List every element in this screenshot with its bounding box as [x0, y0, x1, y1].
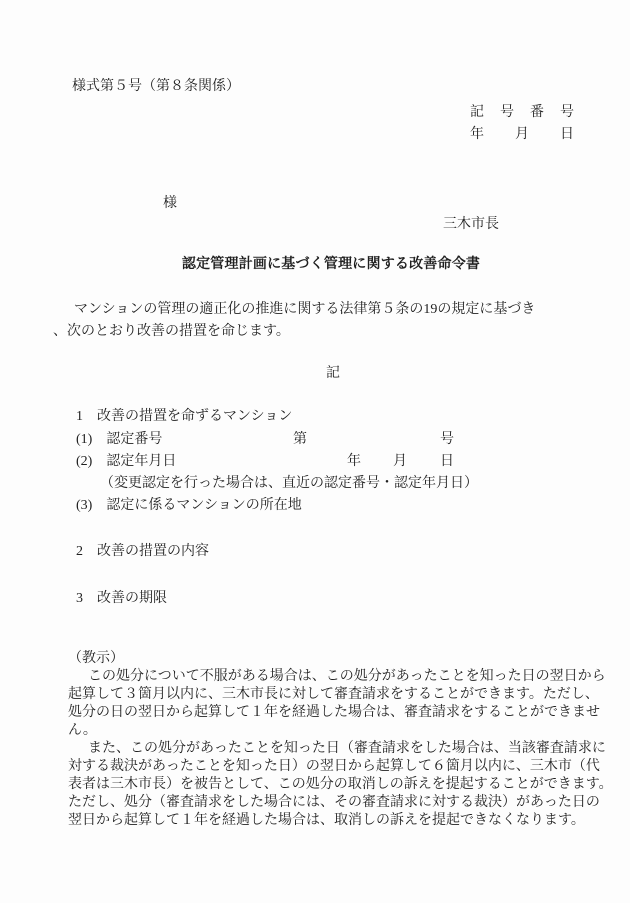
month-field-label: 月: [393, 451, 407, 473]
teaching-label: （教示）: [68, 650, 628, 668]
subsection-1-note: （変更認定を行った場合は、直近の認定番号・認定年月日）: [76, 473, 630, 495]
subsection-1-2-label: 認定年月日: [106, 454, 176, 469]
section-1-heading: 1改善の措置を命ずるマンション: [76, 406, 606, 428]
teaching-paragraph-2: また、この処分があったことを知った日（審査請求をした場合は、当該審査請求に 対す…: [68, 740, 628, 830]
date-line: 年 月 日: [470, 124, 575, 146]
section-2-label: 改善の措置の内容: [97, 544, 209, 559]
teaching-block: （教示） この処分について不服がある場合は、この処分があったことを知った日の翌日…: [68, 650, 628, 830]
document-page: 様式第５号（第８条関係） 記 号 番 号 年 月 日 様 三木市長 認定管理計画…: [0, 0, 630, 903]
section-1-number: 1: [76, 406, 83, 428]
certification-number-suffix: 号: [440, 429, 454, 451]
day-field-label: 日: [440, 451, 454, 473]
document-title: 認定管理計画に基づく管理に関する改善命令書: [0, 254, 630, 276]
subsection-1-2-row: (2)認定年月日 年 月 日: [76, 451, 606, 473]
teaching-paragraph-1: この処分について不服がある場合は、この処分があったことを知った日の翌日から 起算…: [68, 668, 628, 740]
issuer-name: 三木市長: [443, 214, 499, 236]
section-2-heading: 2改善の措置の内容: [76, 541, 606, 563]
certification-number-prefix: 第: [293, 429, 307, 451]
year-field-label: 年: [347, 451, 361, 473]
subsection-1-3-label: 認定に係るマンションの所在地: [106, 498, 301, 513]
form-number: 様式第５号（第８条関係）: [72, 76, 240, 98]
section-3-label: 改善の期限: [97, 591, 167, 606]
preamble-paragraph: マンションの管理の適正化の推進に関する法律第５条の19の規定に基づき 、次のとお…: [53, 299, 593, 343]
subsection-1-3-number: (3): [76, 495, 92, 517]
addressee-honorific: 様: [163, 193, 177, 215]
section-3-number: 3: [76, 588, 83, 610]
reference-number-line: 記 号 番 号: [470, 102, 575, 124]
record-marker: 記: [0, 363, 630, 385]
subsection-1-1-number: (1): [76, 429, 92, 451]
section-2-number: 2: [76, 541, 83, 563]
section-3-heading: 3改善の期限: [76, 588, 606, 610]
section-1-label: 改善の措置を命ずるマンション: [97, 409, 292, 424]
subsection-1-2-number: (2): [76, 451, 92, 473]
subsection-1-3-row: (3)認定に係るマンションの所在地: [76, 495, 606, 517]
subsection-1-1-row: (1)認定番号 第 号: [76, 429, 606, 451]
subsection-1-1-label: 認定番号: [106, 432, 162, 447]
